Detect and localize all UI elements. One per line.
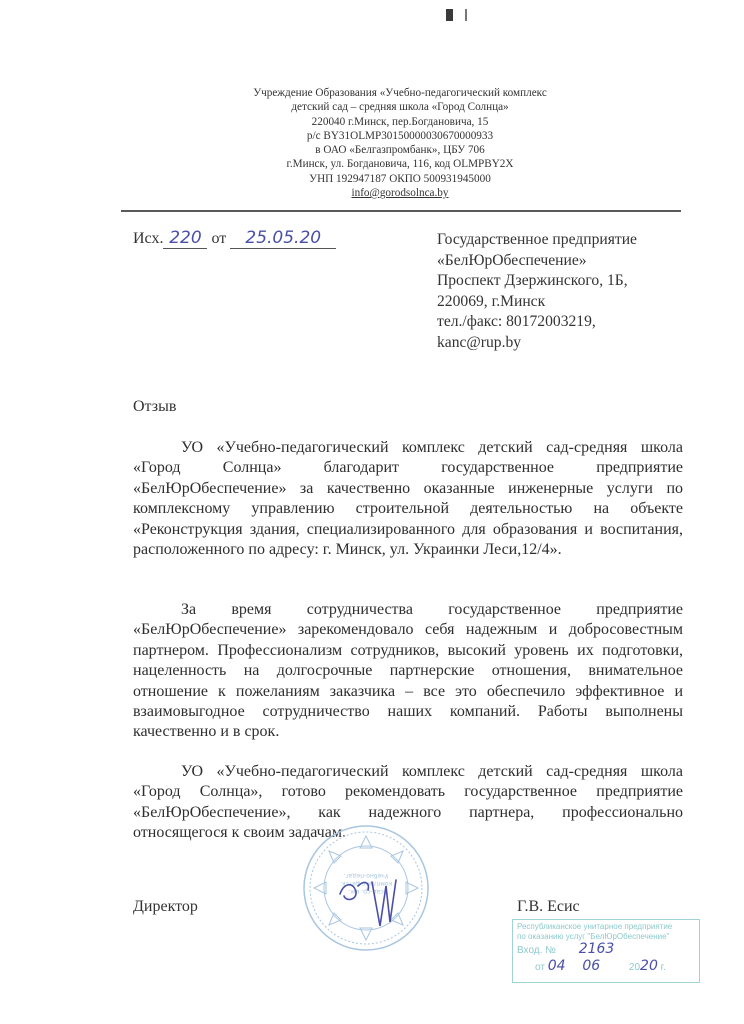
letterhead-line: УНП 192947187 ОКПО 500931945000 <box>200 172 600 186</box>
recipient-line: Проспект Дзержинского, 1Б, <box>437 271 637 292</box>
recipient-block: Государственное предприятие «БелЮрОбеспе… <box>437 230 637 354</box>
outgoing-from-label: от <box>211 230 226 247</box>
scan-mark <box>465 9 467 21</box>
document-title: Отзыв <box>133 398 176 416</box>
reg-stamp-line: Республиканское унитарное предприятие <box>517 922 695 932</box>
reg-stamp-line: по оказанию услуг "БелЮрОбеспечение" <box>517 932 695 942</box>
letterhead-line: детский сад – средняя школа «Город Солнц… <box>200 100 600 114</box>
outgoing-date: 25.05.20 <box>245 228 321 248</box>
scan-mark <box>446 9 453 21</box>
outgoing-reference: Исх.220 от 25.05.20 <box>133 230 336 249</box>
letterhead-line: р/с BY31OLMP30150000030670000933 <box>200 129 600 143</box>
svg-text:Учебно-педаг.: Учебно-педаг. <box>343 872 388 879</box>
reg-stamp-year-unit: г. <box>661 962 666 973</box>
signatory-name: Г.В. Есис <box>517 898 580 916</box>
reg-stamp-day: 04 <box>548 958 566 974</box>
reg-stamp-month: 06 <box>582 958 600 974</box>
scan-footer-marks <box>40 1016 200 1018</box>
body-paragraph: За время сотрудничества государственное … <box>133 600 683 743</box>
letterhead-line: 220040 г.Минск, пер.Богдановича, 15 <box>200 115 600 129</box>
reg-stamp-in-label: Вход. № <box>517 945 556 956</box>
signatory-position: Директор <box>133 898 198 916</box>
recipient-line: тел./факс: 80172003219, <box>437 312 637 333</box>
paragraph-text: УО «Учебно-педагогический комплекс детск… <box>133 438 683 560</box>
paragraph-text: За время сотрудничества государственное … <box>133 600 683 743</box>
letterhead: Учреждение Образования «Учебно-педагогич… <box>200 86 600 200</box>
reg-stamp-year-prefix: 20 <box>629 962 640 973</box>
outgoing-number: 220 <box>169 228 201 248</box>
letterhead-email-link[interactable]: info@gorodsolnca.by <box>352 187 449 199</box>
reg-stamp-year-suffix: 20 <box>640 958 658 974</box>
letterhead-divider <box>121 210 681 212</box>
recipient-line: 220069, г.Минск <box>437 292 637 313</box>
official-seal-icon: Учебно-педаг. комплекс детск. сад-ср. шк… <box>300 822 432 954</box>
letterhead-line: г.Минск, ул. Богдановича, 116, код OLMPB… <box>200 157 600 171</box>
recipient-email: kanc@rup.by <box>437 333 637 354</box>
reg-stamp-in-number: 2163 <box>579 942 615 957</box>
svg-text:сад-ср. шк.: сад-ср. шк. <box>348 888 383 895</box>
letterhead-line: Учреждение Образования «Учебно-педагогич… <box>200 86 600 100</box>
reg-stamp-from-label: от <box>535 962 545 973</box>
outgoing-prefix: Исх. <box>133 230 163 247</box>
registration-stamp: Республиканское унитарное предприятие по… <box>512 919 700 983</box>
body-paragraph: УО «Учебно-педагогический комплекс детск… <box>133 438 683 560</box>
recipient-line: «БелЮрОбеспечение» <box>437 251 637 272</box>
recipient-line: Государственное предприятие <box>437 230 637 251</box>
letterhead-line: в ОАО «Белгазпромбанк», ЦБУ 706 <box>200 143 600 157</box>
